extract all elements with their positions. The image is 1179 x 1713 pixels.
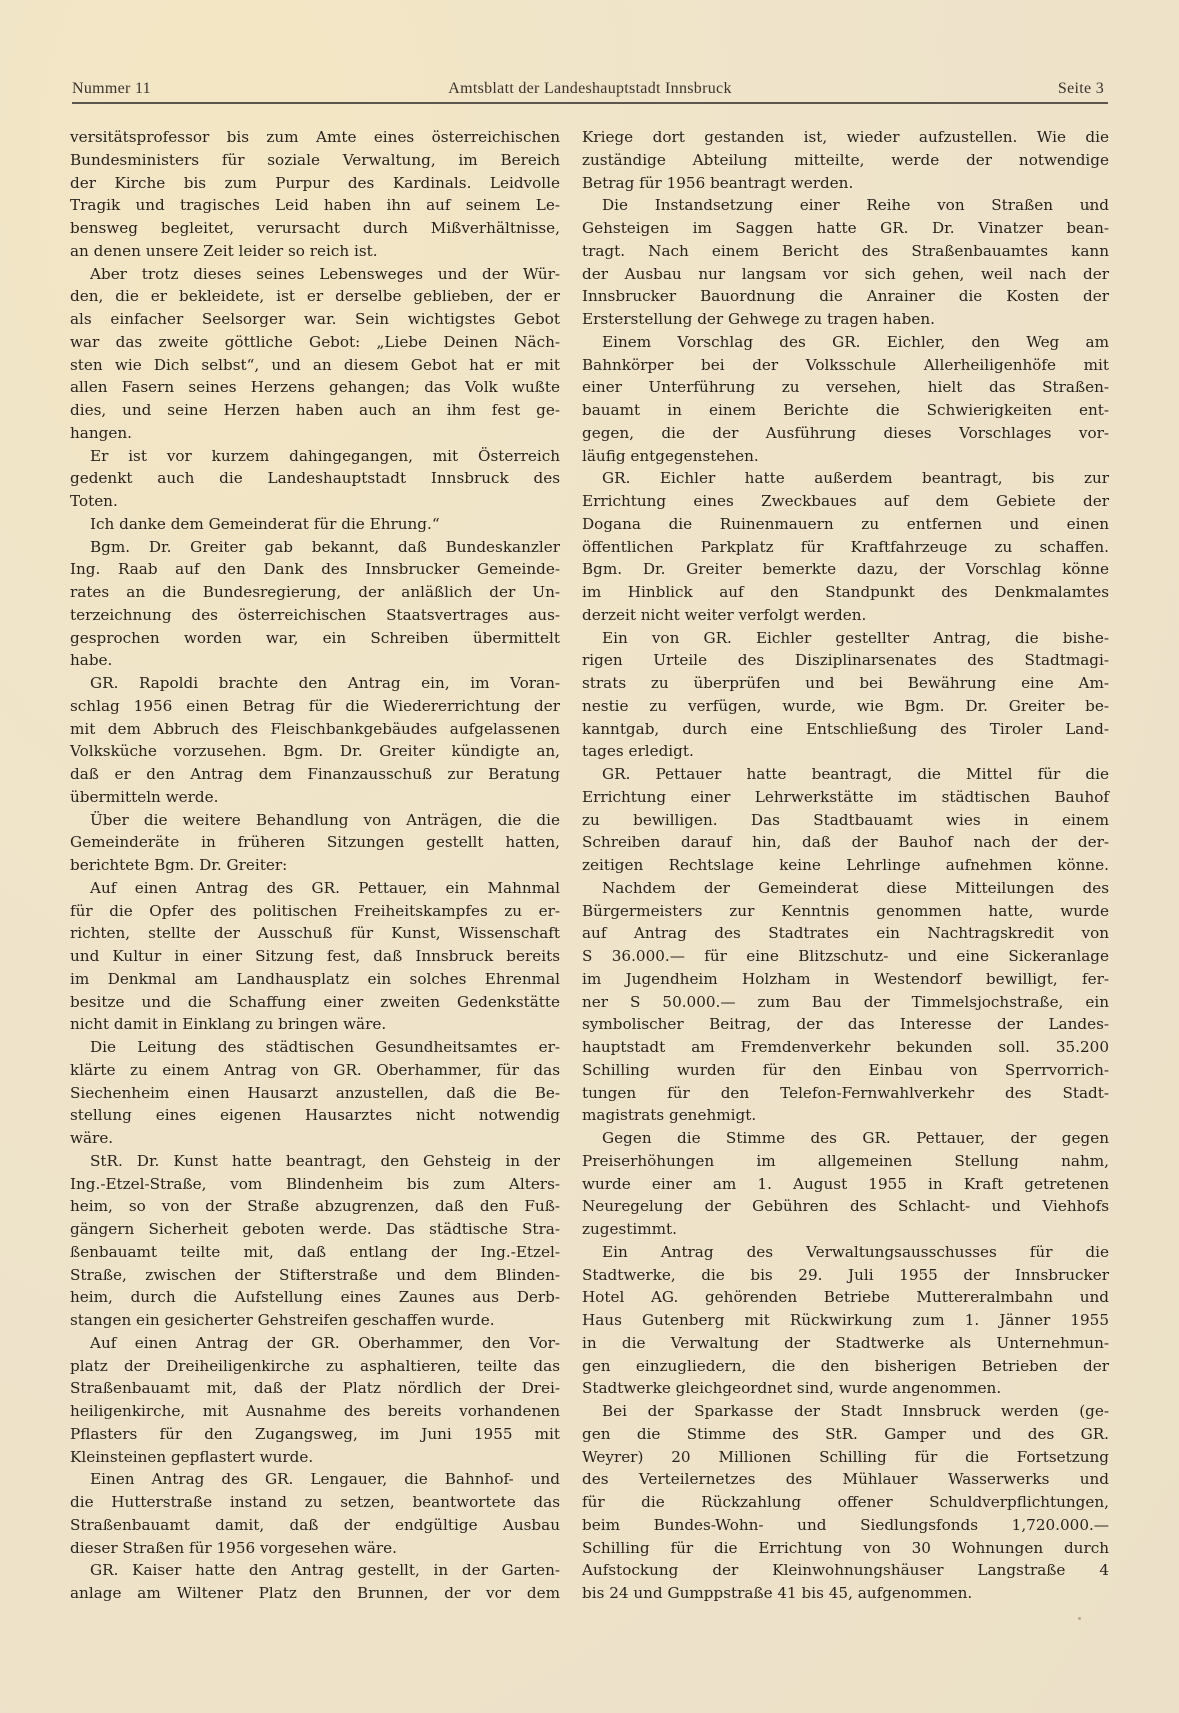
text-line: Errichtung eines Zweckbaues auf dem Gebi… bbox=[582, 490, 1109, 513]
text-line: Gehsteigen im Saggen hatte GR. Dr. Vinat… bbox=[582, 217, 1109, 240]
text-line: im Hinblick auf den Standpunkt des Denkm… bbox=[582, 581, 1109, 604]
text-line: und Kultur in einer Sitzung fest, daß In… bbox=[70, 945, 560, 968]
text-line: stangen ein gesicherter Gehstreifen gesc… bbox=[70, 1309, 560, 1332]
text-line: Einen Antrag des GR. Lengauer, die Bahnh… bbox=[70, 1468, 560, 1491]
text-line: Ein Antrag des Verwaltungsausschusses fü… bbox=[582, 1241, 1109, 1264]
text-line: GR. Kaiser hatte den Antrag gestellt, in… bbox=[70, 1559, 560, 1582]
text-line: Über die weitere Behandlung von Anträgen… bbox=[70, 809, 560, 832]
text-line: wurde einer am 1. August 1955 in Kraft g… bbox=[582, 1173, 1109, 1196]
text-line: Dogana die Ruinenmauern zu entfernen und… bbox=[582, 513, 1109, 536]
text-line: zugestimmt. bbox=[582, 1218, 1109, 1241]
text-line: GR. Rapoldi brachte den Antrag ein, im V… bbox=[70, 672, 560, 695]
text-line: Gegen die Stimme des GR. Pettauer, der g… bbox=[582, 1127, 1109, 1150]
text-line: nicht damit in Einklang zu bringen wäre. bbox=[70, 1013, 560, 1036]
text-column-left: versitätsprofessor bis zum Amte eines ös… bbox=[70, 126, 560, 1605]
text-line: Kriege dort gestanden ist, wieder aufzus… bbox=[582, 126, 1109, 149]
text-line: dieser Straßen für 1956 vorgesehen wäre. bbox=[70, 1537, 560, 1560]
text-line: stellung eines eigenen Hausarztes nicht … bbox=[70, 1104, 560, 1127]
text-line: kanntgab, durch eine Entschließung des T… bbox=[582, 718, 1109, 741]
text-line: Schilling für die Errichtung von 30 Wohn… bbox=[582, 1537, 1109, 1560]
text-line: Einem Vorschlag des GR. Eichler, den Weg… bbox=[582, 331, 1109, 354]
text-line: Stadtwerke gleichgeordnet sind, wurde an… bbox=[582, 1377, 1109, 1400]
text-line: Straßenbauamt damit, daß der endgültige … bbox=[70, 1514, 560, 1537]
text-line: dies, und seine Herzen haben auch an ihm… bbox=[70, 399, 560, 422]
text-line: an denen unsere Zeit leider so reich ist… bbox=[70, 240, 560, 263]
text-line: tragt. Nach einem Bericht des Straßenbau… bbox=[582, 240, 1109, 263]
text-line: S 36.000.— für eine Blitzschutz- und ein… bbox=[582, 945, 1109, 968]
text-line: Ein von GR. Eichler gestellter Antrag, d… bbox=[582, 627, 1109, 650]
text-line: des Verteilernetzes des Mühlauer Wasserw… bbox=[582, 1468, 1109, 1491]
text-line: öffentlichen Parkplatz für Kraftfahrzeug… bbox=[582, 536, 1109, 559]
text-line: nestie zu verfügen, wurde, wie Bgm. Dr. … bbox=[582, 695, 1109, 718]
text-line: Haus Gutenberg mit Rückwirkung zum 1. Jä… bbox=[582, 1309, 1109, 1332]
newspaper-page: Nummer 11 Amtsblatt der Landeshauptstadt… bbox=[0, 0, 1179, 1713]
text-line: richten, stellte der Ausschuß für Kunst,… bbox=[70, 922, 560, 945]
text-line: heim, durch die Aufstellung eines Zaunes… bbox=[70, 1286, 560, 1309]
text-line: Betrag für 1956 beantragt werden. bbox=[582, 172, 1109, 195]
text-line: Straße, zwischen der Stifterstraße und d… bbox=[70, 1264, 560, 1287]
text-line: Ing.-Etzel-Straße, vom Blindenheim bis z… bbox=[70, 1173, 560, 1196]
text-line: gängern Sicherheit geboten werde. Das st… bbox=[70, 1218, 560, 1241]
text-line: mit dem Abbruch des Fleischbankgebäudes … bbox=[70, 718, 560, 741]
text-line: Bundesministers für soziale Verwaltung, … bbox=[70, 149, 560, 172]
text-line: Bei der Sparkasse der Stadt Innsbruck we… bbox=[582, 1400, 1109, 1423]
text-line: beim Bundes-Wohn- und Siedlungsfonds 1,7… bbox=[582, 1514, 1109, 1537]
text-line: Gemeinderäte in früheren Sitzungen geste… bbox=[70, 831, 560, 854]
text-line: Tragik und tragisches Leid haben ihn auf… bbox=[70, 194, 560, 217]
text-line: Toten. bbox=[70, 490, 560, 513]
text-line: war das zweite göttliche Gebot: „Liebe D… bbox=[70, 331, 560, 354]
text-line: Schilling wurden für den Einbau von Sper… bbox=[582, 1059, 1109, 1082]
text-line: gen die Stimme des StR. Gamper und des G… bbox=[582, 1423, 1109, 1446]
text-line: der Ausbau nur langsam vor sich gehen, w… bbox=[582, 263, 1109, 286]
text-line: gesprochen worden war, ein Schreiben übe… bbox=[70, 627, 560, 650]
text-line: wäre. bbox=[70, 1127, 560, 1150]
text-line: Neuregelung der Gebühren des Schlacht- u… bbox=[582, 1195, 1109, 1218]
text-line: als einfacher Seelsorger war. Sein wicht… bbox=[70, 308, 560, 331]
text-line: derzeit nicht weiter verfolgt werden. bbox=[582, 604, 1109, 627]
text-line: Er ist vor kurzem dahingegangen, mit Öst… bbox=[70, 445, 560, 468]
text-line: Ersterstellung der Gehwege zu tragen hab… bbox=[582, 308, 1109, 331]
text-line: Bürgermeisters zur Kenntnis genommen hat… bbox=[582, 900, 1109, 923]
text-line: klärte zu einem Antrag von GR. Oberhamme… bbox=[70, 1059, 560, 1082]
text-line: läufig entgegenstehen. bbox=[582, 445, 1109, 468]
text-line: gedenkt auch die Landeshauptstadt Innsbr… bbox=[70, 467, 560, 490]
text-line: Bahnkörper bei der Volksschule Allerheil… bbox=[582, 354, 1109, 377]
text-line: magistrats genehmigt. bbox=[582, 1104, 1109, 1127]
text-line: der Kirche bis zum Purpur des Kardinals.… bbox=[70, 172, 560, 195]
text-line: Aber trotz dieses seines Lebensweges und… bbox=[70, 263, 560, 286]
text-line: tungen für den Telefon-Fernwahlverkehr d… bbox=[582, 1082, 1109, 1105]
text-line: Schreiben darauf hin, daß der Bauhof nac… bbox=[582, 831, 1109, 854]
text-line: Preiserhöhungen im allgemeinen Stellung … bbox=[582, 1150, 1109, 1173]
text-line: berichtete Bgm. Dr. Greiter: bbox=[70, 854, 560, 877]
text-line: symbolischer Beitrag, der das Interesse … bbox=[582, 1013, 1109, 1036]
text-line: sten wie Dich selbst“, und an diesem Geb… bbox=[70, 354, 560, 377]
text-line: hauptstadt am Fremdenverkehr bekunden so… bbox=[582, 1036, 1109, 1059]
paper-speck bbox=[1078, 1617, 1081, 1620]
header-rule bbox=[72, 102, 1108, 104]
text-line: für die Rückzahlung offener Schuldverpfl… bbox=[582, 1491, 1109, 1514]
text-line: terzeichnung des österreichischen Staats… bbox=[70, 604, 560, 627]
text-line: rates an die Bundesregierung, der anläßl… bbox=[70, 581, 560, 604]
text-line: StR. Dr. Kunst hatte beantragt, den Gehs… bbox=[70, 1150, 560, 1173]
text-line: versitätsprofessor bis zum Amte eines ös… bbox=[70, 126, 560, 149]
text-line: im Denkmal am Landhausplatz ein solches … bbox=[70, 968, 560, 991]
text-line: hangen. bbox=[70, 422, 560, 445]
text-line: in die Verwaltung der Stadtwerke als Unt… bbox=[582, 1332, 1109, 1355]
text-line: die Hutterstraße instand zu setzen, bean… bbox=[70, 1491, 560, 1514]
text-line: anlage am Wiltener Platz den Brunnen, de… bbox=[70, 1582, 560, 1605]
text-line: Kleinsteinen gepflastert wurde. bbox=[70, 1446, 560, 1469]
paper-speck bbox=[1088, 206, 1091, 209]
text-line: für die Opfer des politischen Freiheitsk… bbox=[70, 900, 560, 923]
text-line: heim, so von der Straße abzugrenzen, daß… bbox=[70, 1195, 560, 1218]
text-line: GR. Eichler hatte außerdem beantragt, bi… bbox=[582, 467, 1109, 490]
text-line: Errichtung einer Lehrwerkstätte im städt… bbox=[582, 786, 1109, 809]
publication-title: Amtsblatt der Landeshauptstadt Innsbruck bbox=[72, 80, 1108, 98]
text-line: GR. Pettauer hatte beantragt, die Mittel… bbox=[582, 763, 1109, 786]
text-line: Auf einen Antrag des GR. Pettauer, ein M… bbox=[70, 877, 560, 900]
text-line: Weyrer) 20 Millionen Schilling für die F… bbox=[582, 1446, 1109, 1469]
text-line: Stadtwerke, die bis 29. Juli 1955 der In… bbox=[582, 1264, 1109, 1287]
text-line: Siechenheim einen Hausarzt anzustellen, … bbox=[70, 1082, 560, 1105]
text-line: bauamt in einem Berichte die Schwierigke… bbox=[582, 399, 1109, 422]
text-line: Bgm. Dr. Greiter gab bekannt, daß Bundes… bbox=[70, 536, 560, 559]
text-line: Ing. Raab auf den Dank des Innsbrucker G… bbox=[70, 558, 560, 581]
text-line: Nachdem der Gemeinderat diese Mitteilung… bbox=[582, 877, 1109, 900]
text-line: ßenbauamt teilte mit, daß entlang der In… bbox=[70, 1241, 560, 1264]
text-line: gegen, die der Ausführung dieses Vorschl… bbox=[582, 422, 1109, 445]
text-line: Bgm. Dr. Greiter bemerkte dazu, der Vors… bbox=[582, 558, 1109, 581]
running-header: Nummer 11 Amtsblatt der Landeshauptstadt… bbox=[72, 74, 1108, 102]
text-line: zu bewilligen. Das Stadtbauamt wies in e… bbox=[582, 809, 1109, 832]
text-line: im Jugendheim Holzham in Westendorf bewi… bbox=[582, 968, 1109, 991]
text-line: einer Unterführung zu versehen, hielt da… bbox=[582, 376, 1109, 399]
text-line: auf Antrag des Stadtrates ein Nachtragsk… bbox=[582, 922, 1109, 945]
text-line: Die Instandsetzung einer Reihe von Straß… bbox=[582, 194, 1109, 217]
text-column-right: Kriege dort gestanden ist, wieder aufzus… bbox=[582, 126, 1109, 1605]
text-line: tages erledigt. bbox=[582, 740, 1109, 763]
text-line: Ich danke dem Gemeinderat für die Ehrung… bbox=[70, 513, 560, 536]
text-line: Pflasters für den Zugangsweg, im Juni 19… bbox=[70, 1423, 560, 1446]
text-line: Hotel AG. gehörenden Betriebe Muttereral… bbox=[582, 1286, 1109, 1309]
text-line: heiligenkirche, mit Ausnahme des bereits… bbox=[70, 1400, 560, 1423]
text-line: habe. bbox=[70, 649, 560, 672]
text-line: den, die er bekleidete, ist er derselbe … bbox=[70, 285, 560, 308]
text-line: Innsbrucker Bauordnung die Anrainer die … bbox=[582, 285, 1109, 308]
text-line: allen Fasern seines Herzens gehangen; da… bbox=[70, 376, 560, 399]
text-line: besitze und die Schaffung einer zweiten … bbox=[70, 991, 560, 1014]
text-line: schlag 1956 einen Betrag für die Wiedere… bbox=[70, 695, 560, 718]
text-line: Aufstockung der Kleinwohnungshäuser Lang… bbox=[582, 1559, 1109, 1582]
text-line: gen einzugliedern, die den bisherigen Be… bbox=[582, 1355, 1109, 1378]
text-line: bensweg begleitet, verursacht durch Mißv… bbox=[70, 217, 560, 240]
text-line: zuständige Abteilung mitteilte, werde de… bbox=[582, 149, 1109, 172]
text-line: ner S 50.000.— zum Bau der Timmelsjochst… bbox=[582, 991, 1109, 1014]
text-line: übermitteln werde. bbox=[70, 786, 560, 809]
text-line: platz der Dreiheiligenkirche zu asphalti… bbox=[70, 1355, 560, 1378]
text-line: bis 24 und Gumppstraße 41 bis 45, aufgen… bbox=[582, 1582, 1109, 1605]
page-number: Seite 3 bbox=[1058, 80, 1104, 98]
text-line: Die Leitung des städtischen Gesundheitsa… bbox=[70, 1036, 560, 1059]
text-line: Straßenbauamt mit, daß der Platz nördlic… bbox=[70, 1377, 560, 1400]
text-line: rigen Urteile des Disziplinarsenates des… bbox=[582, 649, 1109, 672]
text-line: zeitigen Rechtslage keine Lehrlinge aufn… bbox=[582, 854, 1109, 877]
text-line: strats zu überprüfen und bei Bewährung e… bbox=[582, 672, 1109, 695]
text-line: daß er den Antrag dem Finanzausschuß zur… bbox=[70, 763, 560, 786]
text-line: Auf einen Antrag der GR. Oberhammer, den… bbox=[70, 1332, 560, 1355]
text-line: Volksküche vorzusehen. Bgm. Dr. Greiter … bbox=[70, 740, 560, 763]
